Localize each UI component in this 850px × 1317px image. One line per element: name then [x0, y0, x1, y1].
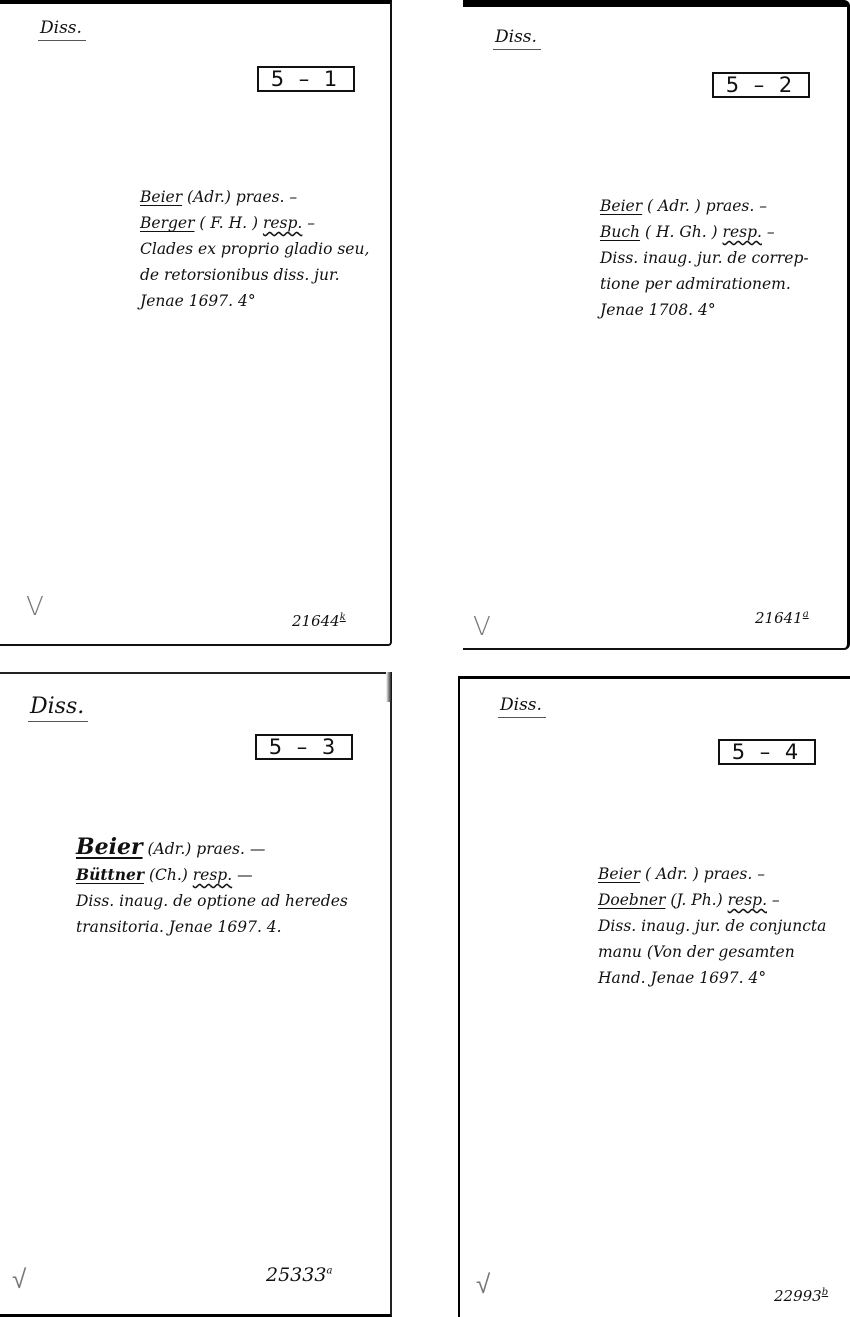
respondent-initials: ( F. H. )	[199, 214, 258, 232]
accession-digits: 22993	[774, 1287, 822, 1305]
praeses-role: praes. –	[236, 188, 297, 206]
dash: –	[302, 214, 315, 232]
category-heading: Diss.	[28, 694, 88, 722]
dash: —	[232, 866, 252, 884]
imprint-line: Jenae 1697. 4°	[140, 288, 369, 314]
respondent-line: Büttner (Ch.) resp. —	[76, 862, 348, 888]
catalog-card-5-4: Diss. 5 – 4 Beier ( Adr. ) praes. – Doeb…	[458, 676, 850, 1317]
praeses-role: praes. –	[704, 865, 765, 883]
bibliographic-entry: Beier (Adr.) praes. — Büttner (Ch.) resp…	[76, 834, 348, 940]
praeses-initials: (Adr.)	[147, 840, 191, 858]
category-heading: Diss.	[493, 27, 541, 50]
title-line: tione per admirationem.	[600, 271, 809, 297]
respondent-initials: ( H. Gh. )	[645, 223, 718, 241]
praeses-line: Beier (Adr.) praes. —	[76, 834, 348, 862]
praeses-line: Beier ( Adr. ) praes. –	[598, 861, 826, 887]
category-heading: Diss.	[498, 695, 546, 718]
title-line: Diss. inaug. jur. de conjuncta	[598, 913, 826, 939]
catalog-card-5-3: Diss. 5 – 3 Beier (Adr.) praes. — Büttne…	[0, 672, 392, 1317]
praeses-role: praes. –	[706, 197, 767, 215]
bibliographic-entry: Beier (Adr.) praes. – Berger ( F. H. ) r…	[140, 184, 369, 314]
accession-number: 21641a	[755, 609, 809, 627]
accession-number: 22993b	[774, 1287, 828, 1305]
shelfmark-box: 5 – 4	[718, 739, 816, 765]
praeses-name: Beier	[76, 834, 143, 860]
praeses-initials: (Adr.)	[187, 188, 231, 206]
respondent-name: Büttner	[76, 865, 144, 884]
imprint-line: Hand. Jenae 1697. 4°	[598, 965, 826, 991]
check-mark: V	[26, 592, 44, 622]
dash: –	[762, 223, 775, 241]
praeses-line: Beier (Adr.) praes. –	[140, 184, 369, 210]
praeses-name: Beier	[598, 865, 640, 883]
respondent-line: Buch ( H. Gh. ) resp. –	[600, 219, 809, 245]
dash: –	[767, 891, 780, 909]
title-line: transitoria. Jenae 1697. 4.	[76, 914, 348, 940]
check-mark: √	[12, 1264, 26, 1295]
imprint-line: Jenae 1708. 4°	[600, 297, 809, 323]
shelfmark-box: 5 – 3	[255, 734, 353, 760]
bibliographic-entry: Beier ( Adr. ) praes. – Doebner (J. Ph.)…	[598, 861, 826, 991]
accession-suffix: k	[340, 612, 346, 623]
accession-number: 25333a	[266, 1264, 332, 1286]
respondent-role: resp.	[723, 223, 762, 241]
check-mark: √	[476, 1269, 490, 1300]
shelfmark-box: 5 – 2	[712, 72, 810, 98]
title-line: Diss. inaug. de optione ad heredes	[76, 888, 348, 914]
praeses-initials: ( Adr. )	[645, 865, 699, 883]
praeses-role: praes. —	[196, 840, 265, 858]
accession-suffix: a	[803, 609, 809, 620]
respondent-name: Buch	[600, 223, 640, 241]
title-line: Clades ex proprio gladio seu,	[140, 236, 369, 262]
title-line: de retorsionibus diss. jur.	[140, 262, 369, 288]
catalog-card-5-1: Diss. 5 – 1 Beier (Adr.) praes. – Berger…	[0, 0, 392, 646]
respondent-role: resp.	[263, 214, 302, 232]
accession-suffix: a	[326, 1266, 332, 1277]
accession-digits: 21641	[755, 609, 803, 627]
title-line: manu (Von der gesamten	[598, 939, 826, 965]
accession-suffix: b	[822, 1287, 828, 1298]
catalog-card-5-2: Diss. 5 – 2 Beier ( Adr. ) praes. – Buch…	[463, 0, 850, 650]
respondent-line: Doebner (J. Ph.) resp. –	[598, 887, 826, 913]
praeses-name: Beier	[140, 188, 182, 206]
praeses-name: Beier	[600, 197, 642, 215]
respondent-line: Berger ( F. H. ) resp. –	[140, 210, 369, 236]
category-heading: Diss.	[38, 18, 86, 41]
respondent-initials: (J. Ph.)	[670, 891, 722, 909]
respondent-role: resp.	[193, 866, 232, 884]
respondent-role: resp.	[728, 891, 767, 909]
respondent-name: Berger	[140, 214, 194, 232]
praeses-line: Beier ( Adr. ) praes. –	[600, 193, 809, 219]
respondent-initials: (Ch.)	[149, 866, 188, 884]
praeses-initials: ( Adr. )	[647, 197, 701, 215]
shelfmark-box: 5 – 1	[257, 66, 355, 92]
respondent-name: Doebner	[598, 891, 665, 909]
accession-digits: 25333	[266, 1264, 326, 1286]
title-line: Diss. inaug. jur. de correp-	[600, 245, 809, 271]
check-mark: V	[473, 612, 491, 642]
accession-digits: 21644	[292, 612, 340, 630]
accession-number: 21644k	[292, 612, 346, 630]
bibliographic-entry: Beier ( Adr. ) praes. – Buch ( H. Gh. ) …	[600, 193, 809, 323]
